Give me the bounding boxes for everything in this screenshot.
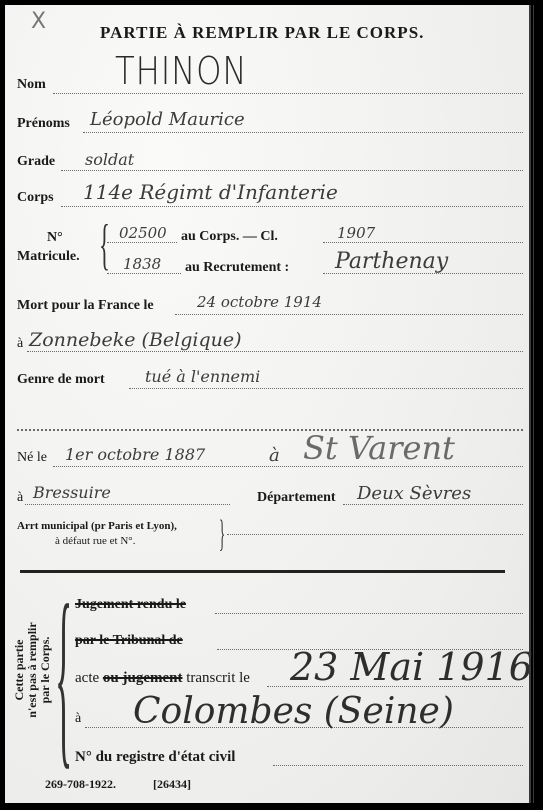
departement-label: Département xyxy=(257,490,336,506)
page-title: PARTIE À REMPLIR PAR LE CORPS. xyxy=(100,23,424,43)
jugement-label: Jugement rendu le xyxy=(75,597,186,613)
prenoms-value: Léopold Maurice xyxy=(90,109,245,130)
arrondissement-label: à xyxy=(17,490,23,506)
matricule-label: Matricule. xyxy=(17,249,80,265)
jugement-line xyxy=(215,613,523,614)
mort-value: 24 octobre 1914 xyxy=(197,293,322,311)
acte-date-value: 23 Mai 1916 xyxy=(290,645,533,689)
mort-label: Mort pour la France le xyxy=(17,298,154,314)
recrutement-label: au Recrutement : xyxy=(185,260,289,276)
acte-label: acte ou jugement transcrit le xyxy=(75,670,250,687)
transcription-lieu-label: à xyxy=(75,711,81,727)
naissance-date-value: 1er octobre 1887 xyxy=(65,445,205,464)
recrutement-number-value: 1838 xyxy=(123,255,161,273)
prenoms-line xyxy=(83,132,523,133)
right-border-line xyxy=(529,5,531,803)
matricule-brace: { xyxy=(99,217,110,273)
side-note-line-3: par le Corps. xyxy=(39,595,52,745)
right-border-line-2 xyxy=(533,5,534,803)
genre-mort-value: tué à l'ennemi xyxy=(145,367,260,386)
naissance-a: à xyxy=(269,445,280,466)
grade-value: soldat xyxy=(85,150,134,169)
lieu-mort-label: à xyxy=(17,336,23,352)
corps-number-line xyxy=(107,242,177,243)
side-note: Cette partie n'est pas à remplir par le … xyxy=(13,595,52,745)
transcription-lieu-value: Colombes (Seine) xyxy=(133,691,454,732)
grade-line xyxy=(61,170,523,171)
genre-mort-line xyxy=(129,388,523,389)
arr-municipal-label: Arrt municipal (pr Paris et Lyon), xyxy=(17,520,177,532)
arr-municipal-line xyxy=(227,534,523,535)
corps-label: Corps xyxy=(17,190,54,206)
departement-line xyxy=(343,504,523,505)
nom-value: THINON xyxy=(115,49,247,93)
naissance-lieu-value: St Varent xyxy=(303,429,455,467)
registre-line xyxy=(273,765,523,766)
grade-label: Grade xyxy=(17,154,55,170)
arr-municipal-brace: } xyxy=(219,515,225,553)
section-separator-thick xyxy=(20,570,505,573)
section2-brace: { xyxy=(55,581,72,771)
classe-line xyxy=(323,242,523,243)
acte-label-start: acte xyxy=(75,670,99,686)
arr-municipal-label-2: à défaut rue et N°. xyxy=(55,535,135,547)
nom-label: Nom xyxy=(17,77,46,93)
arrondissement-value: Bressuire xyxy=(33,483,111,502)
lieu-mort-line xyxy=(27,351,523,352)
print-ref: [26434] xyxy=(153,777,191,792)
matricule-label-no: N° xyxy=(47,230,63,246)
corps-class-label: au Corps. — Cl. xyxy=(181,229,278,245)
corps-value: 114e Régimt d'Infanterie xyxy=(83,180,338,204)
arrondissement-line xyxy=(25,504,230,505)
acte-label-end: transcrit le xyxy=(186,670,250,686)
recrutement-number-line xyxy=(107,273,181,274)
lieu-mort-value: Zonnebeke (Belgique) xyxy=(29,329,242,351)
departement-value: Deux Sèvres xyxy=(357,483,471,504)
nom-line xyxy=(53,93,523,94)
genre-mort-label: Genre de mort xyxy=(17,372,105,388)
death-record-card: X PARTIE À REMPLIR PAR LE CORPS. Nom THI… xyxy=(5,5,529,803)
recrutement-place-value: Parthenay xyxy=(335,249,448,274)
registre-label: N° du registre d'état civil xyxy=(75,749,235,766)
tribunal-label: par le Tribunal de xyxy=(75,633,183,649)
print-code: 269-708-1922. xyxy=(45,777,116,792)
naissance-label: Né le xyxy=(17,450,47,466)
classe-value: 1907 xyxy=(337,224,375,242)
corps-number-value: 02500 xyxy=(119,224,167,242)
prenoms-label: Prénoms xyxy=(17,116,70,132)
corps-line xyxy=(61,206,523,207)
corner-mark: X xyxy=(31,9,46,34)
acte-label-struck: ou jugement xyxy=(103,670,183,686)
mort-line xyxy=(175,314,523,315)
